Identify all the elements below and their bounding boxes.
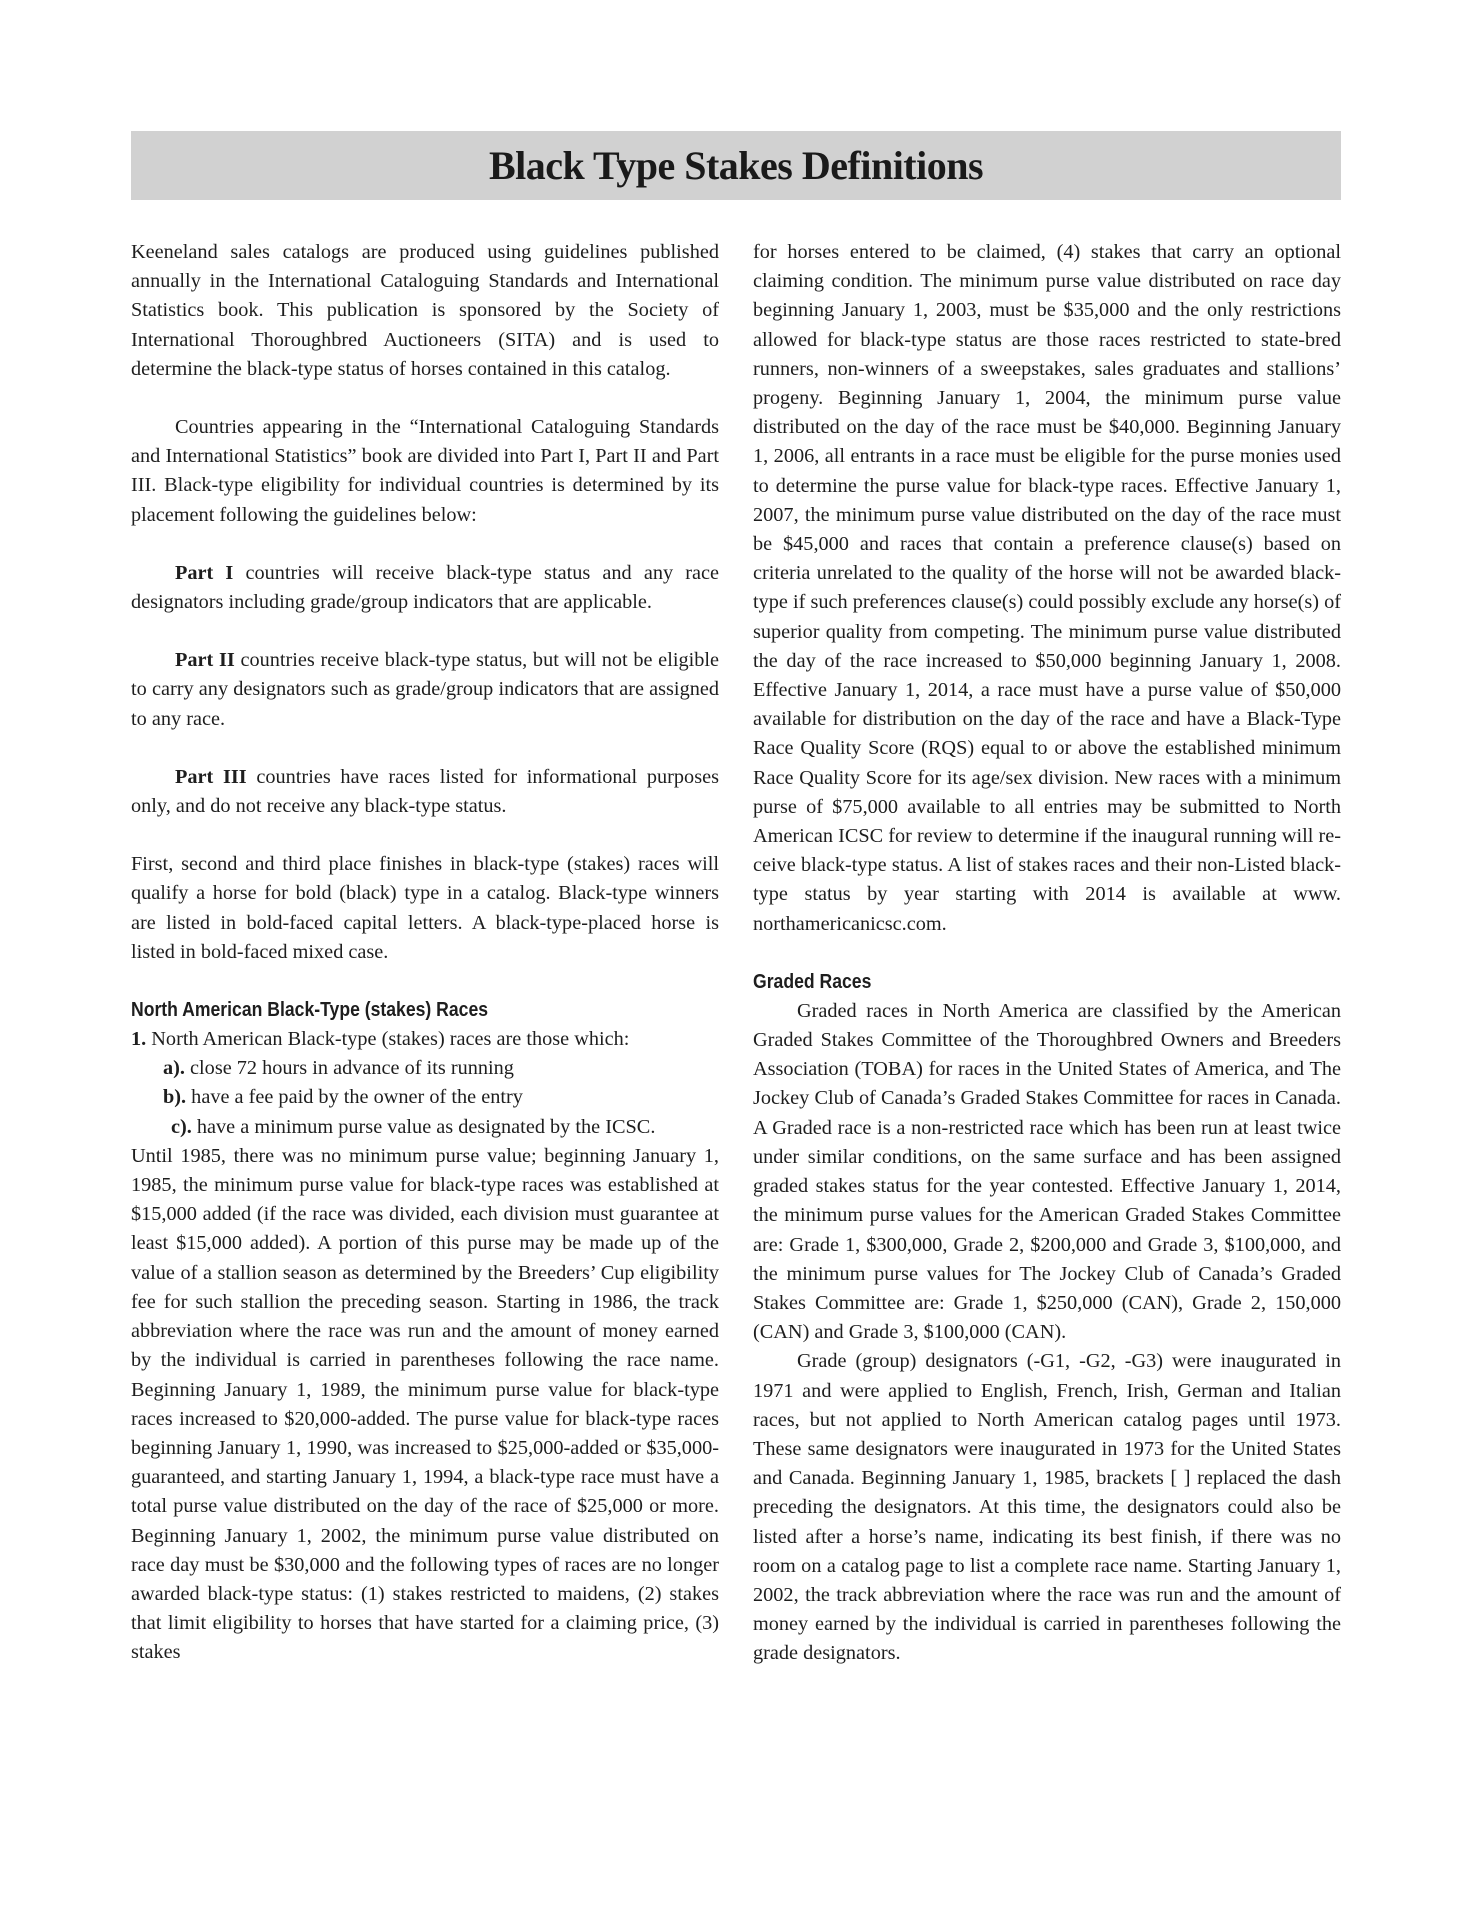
part2-paragraph: Part II countries receive black-type sta… <box>131 646 719 734</box>
item-text: have a fee paid by the owner of the entr… <box>186 1086 523 1108</box>
intro-paragraph: Keeneland sales catalogs are produced us… <box>131 238 719 384</box>
page: Black Type Stakes Definitions Keeneland … <box>131 131 1341 200</box>
rule-text: North American Black-type (stakes) races… <box>146 1028 629 1050</box>
two-column-body: Keeneland sales catalogs are produced us… <box>131 238 1341 1669</box>
page-title: Black Type Stakes Definitions <box>489 142 983 189</box>
na-races-heading: North American Black-Type (stakes) Races <box>131 996 648 1025</box>
graded-paragraph-2: Grade (group) designators (-G1, -G2, -G3… <box>753 1347 1341 1668</box>
part3-label: Part III <box>175 766 247 788</box>
na-item-a: a). close 72 hours in advance of its run… <box>131 1054 719 1083</box>
part3-paragraph: Part III countries have races listed for… <box>131 763 719 821</box>
item-text: have a minimum purse value as designated… <box>192 1116 656 1138</box>
item-label: a). <box>163 1057 185 1079</box>
purse-history-continued: for horses entered to be claimed, (4) st… <box>753 238 1341 939</box>
countries-paragraph: Countries appearing in the “Internationa… <box>131 413 719 530</box>
finishes-paragraph: First, second and third place finishes i… <box>131 850 719 967</box>
na-item-c: c). have a minimum purse value as design… <box>131 1113 719 1142</box>
graded-paragraph-1: Graded races in North America are classi… <box>753 997 1341 1347</box>
graded-races-heading: Graded Races <box>753 968 1270 997</box>
na-rule-1: 1. North American Black-type (stakes) ra… <box>131 1025 719 1054</box>
part1-label: Part I <box>175 562 233 584</box>
right-column: for horses entered to be claimed, (4) st… <box>753 238 1341 1669</box>
title-bar: Black Type Stakes Definitions <box>131 131 1341 200</box>
part1-paragraph: Part I countries will receive black-type… <box>131 559 719 617</box>
left-column: Keeneland sales catalogs are produced us… <box>131 238 719 1669</box>
item-label: b). <box>163 1086 186 1108</box>
na-item-b: b). have a fee paid by the owner of the … <box>131 1083 719 1112</box>
part2-label: Part II <box>175 649 235 671</box>
rule-number: 1. <box>131 1028 146 1050</box>
item-text: close 72 hours in advance of its running <box>185 1057 514 1079</box>
item-label: c). <box>171 1116 192 1138</box>
purse-history-paragraph: Until 1985, there was no minimum purse v… <box>131 1142 719 1668</box>
